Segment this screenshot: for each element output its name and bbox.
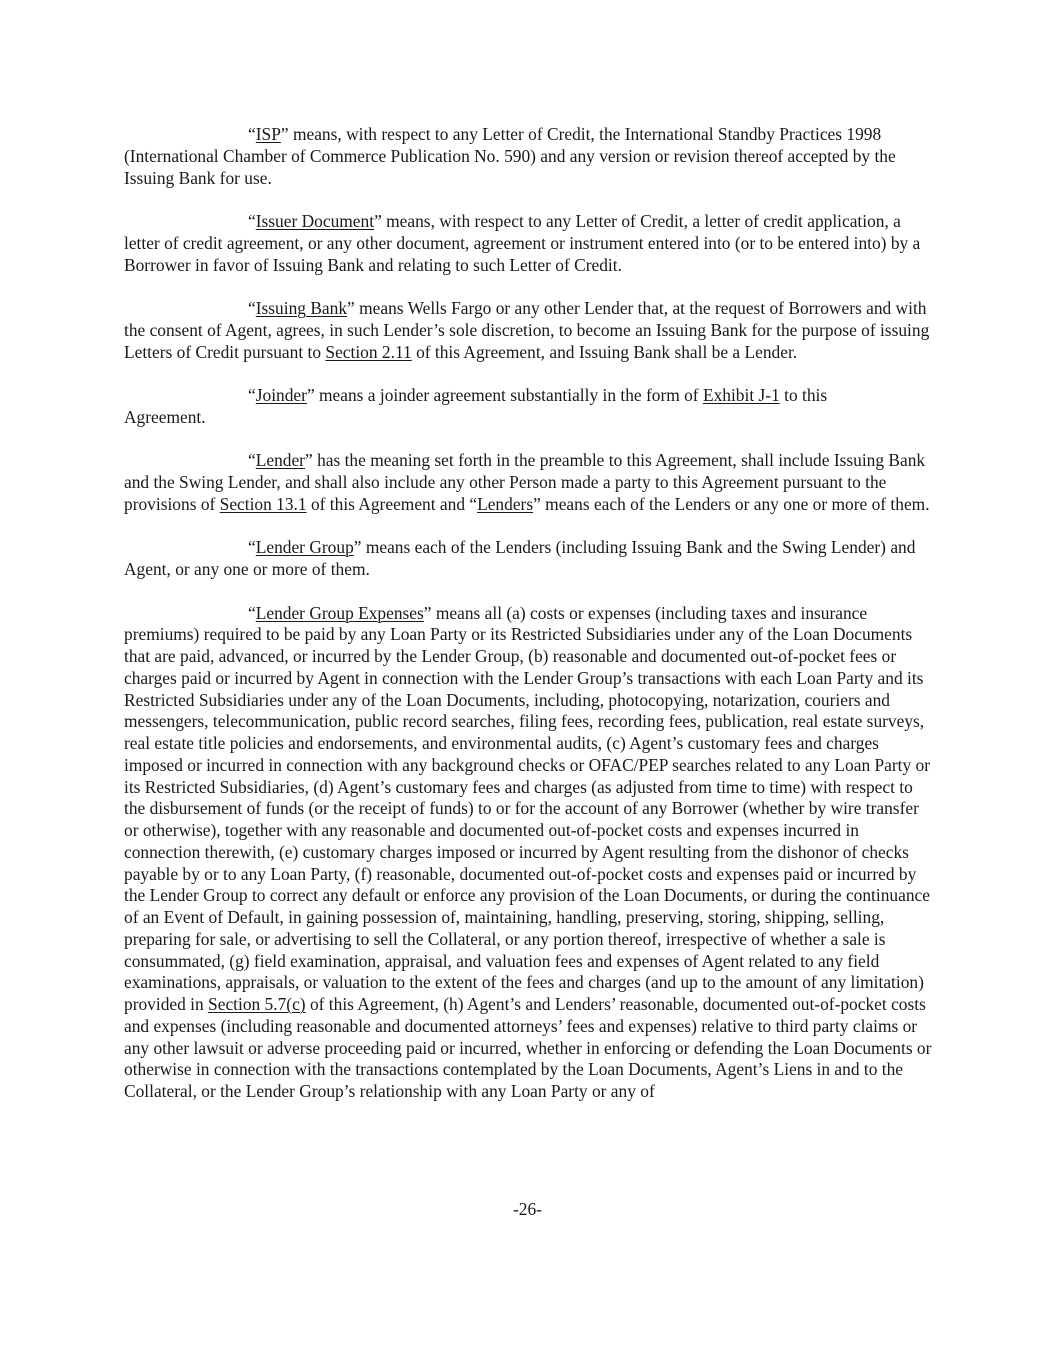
section-reference: Section 2.11 [325, 342, 411, 362]
page-number: -26- [0, 1199, 1055, 1220]
definition-lender-group: “Lender Group” means each of the Lenders… [124, 537, 932, 581]
defined-term: Lender Group [256, 537, 354, 557]
definition-isp: “ISP” means, with respect to any Letter … [124, 124, 932, 189]
definition-lender-group-expenses: “Lender Group Expenses” means all (a) co… [124, 603, 932, 1103]
definition-text: of this Agreement and “ [307, 494, 477, 514]
defined-term: Joinder [256, 385, 307, 405]
definition-text: means each of the Lenders (including Iss… [124, 537, 915, 579]
defined-term: Issuing Bank [256, 298, 347, 318]
definition-text: means a joinder agreement substantially … [315, 385, 703, 405]
defined-term: ISP [256, 124, 281, 144]
definition-text: Agreement. [124, 407, 206, 427]
defined-term: Lender [256, 450, 305, 470]
section-reference: Section 13.1 [220, 494, 307, 514]
definition-text: means all (a) costs or expenses (includi… [124, 603, 930, 1015]
definition-text: means, with respect to any Letter of Cre… [124, 211, 920, 275]
definition-text: of this Agreement, and Issuing Bank shal… [412, 342, 797, 362]
definition-text: ” means each of the Lenders or any one o… [533, 494, 929, 514]
defined-term: Issuer Document [256, 211, 374, 231]
exhibit-reference: Exhibit J-1 [703, 385, 780, 405]
definition-joinder: “Joinder” means a joinder agreement subs… [124, 385, 932, 429]
definition-issuing-bank: “Issuing Bank” means Wells Fargo or any … [124, 298, 932, 363]
defined-term: Lender Group Expenses [256, 603, 424, 623]
definition-text: means, with respect to any Letter of Cre… [124, 124, 896, 188]
definition-lender: “Lender” has the meaning set forth in th… [124, 450, 932, 515]
defined-term: Lenders [477, 494, 533, 514]
document-page: “ISP” means, with respect to any Letter … [124, 124, 932, 1125]
definition-text: to this [780, 385, 827, 405]
section-reference: Section 5.7(c) [208, 994, 306, 1014]
definition-issuer-document: “Issuer Document” means, with respect to… [124, 211, 932, 276]
